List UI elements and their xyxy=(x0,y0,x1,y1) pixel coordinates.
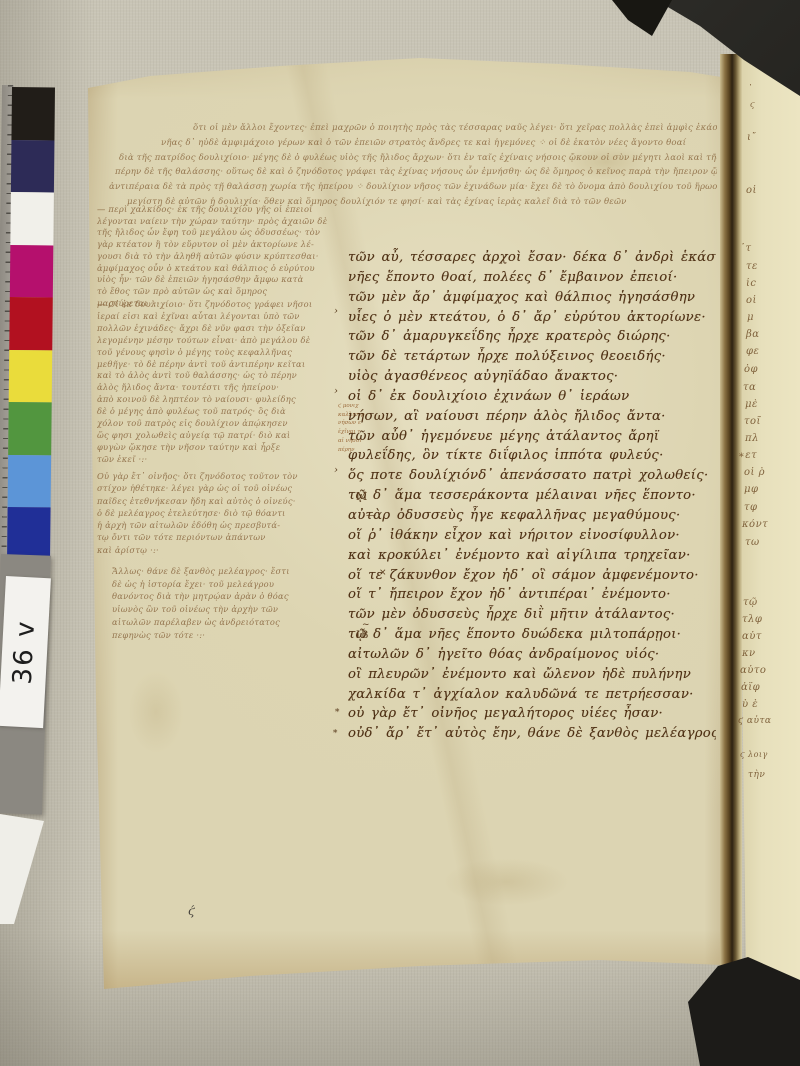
recto-fragment: τε xyxy=(746,261,758,272)
recto-fragment: πλ xyxy=(745,433,759,444)
recto-fragment: ι῎ xyxy=(747,132,757,143)
scholia-line: μεθῆγε· τὸ δὲ πέρην ἀντὶ τοῦ ἀντιπέρην κ… xyxy=(97,359,351,371)
main-text-column: τῶν αὖ, τέσσαρες ἀρχοὶ ἔσαν· δέκα δ᾽ ἀνδ… xyxy=(348,248,716,748)
verse-line: τῶν μὲν ὀδυσσεὺς ἦρχε διῒ μῆτιν ἀτάλαντο… xyxy=(348,605,716,625)
scholia-line: στίχον ἠθέτηκε· λέγει γὰρ ὡς οἱ τοῦ οἰνέ… xyxy=(97,482,349,494)
swatch-magenta xyxy=(10,244,54,297)
verse-line: υἱὸς ἀγασθένεος αὐγηϊάδαο ἄνακτος· xyxy=(348,367,716,387)
scholia-line: ὁ δὲ μελέαγρος ἐτελεύτησε· διὸ τῷ θόαντι xyxy=(97,507,349,519)
verse-line: χαλκίδα τ᾽ ἀγχίαλον καλυδῶνά τε πετρήεσσ… xyxy=(348,685,716,705)
scholia-line: ἱεραί εἰσι καὶ ἐχῖναι αὗται λέγονται ὑπὸ… xyxy=(97,311,351,323)
recto-fragment: τὴν xyxy=(748,770,765,780)
scholia-line: παῖδες ἐτεθνήκεσαν ἤδη καὶ αὐτὸς ὁ οἰνεύ… xyxy=(97,495,349,507)
scholia-line: γὰρ κτέατον ἢ τὸν εὔρυτον οἱ μὲν ἀκτορίω… xyxy=(97,239,349,251)
scholia-line: πέρην δὲ τῆς θαλάσσης· οὕτως δὲ καὶ ὁ ζη… xyxy=(115,165,717,180)
scholia-line: τὸ ἔθος τῶν πρὸ αὐτῶν ὡς καὶ ὅμηρος xyxy=(97,286,349,298)
recto-fragment: αὐτο xyxy=(740,665,766,676)
verse-line: τῶν μὲν ἄρ᾽ ἀμφίμαχος καὶ θάλπιος ἡγησάσ… xyxy=(348,288,716,308)
recto-fragment: τα xyxy=(743,382,756,393)
chi-mark: × xyxy=(379,568,387,578)
recto-fragment: τω xyxy=(745,537,760,548)
scholia-line: λέγονται ναίειν τὴν χώραν ταύτην· πρὸς ἀ… xyxy=(97,216,349,228)
scholia-line: ὅτι οἱ μὲν ἄλλοι ἔχοντες· ἐπεὶ μαχρῶν ὁ … xyxy=(193,121,717,136)
swatch-red xyxy=(9,297,53,350)
recto-fragment: τφ xyxy=(744,502,758,513)
verse-line: αὐτὰρ ὀδυσσεὺς ἦγε κεφαλλῆνας μεγαθύμους… xyxy=(348,506,716,526)
scholia-line: πολλῶν ἐχινάδες· ἄχρι δὲ νῦν φασι τὴν ὀξ… xyxy=(97,323,351,335)
recto-fragment: ᾿τ xyxy=(740,243,752,254)
scholia-line: νῆας δ᾽ ηὐδὲ ἀμφιμάχοιο γέρων καὶ ὁ τῶν … xyxy=(161,136,717,151)
verse-line: οὐ γὰρ ἔτ᾽ οἰνῆος μεγαλήτορος υἱέες ἦσαν… xyxy=(348,704,716,724)
scholia-line: δὲ ὡς ἡ ἱστορία ἔχει· τοῦ μελεάγρου xyxy=(112,578,350,591)
swatch-blue xyxy=(7,507,51,560)
swatch-black xyxy=(11,87,55,140)
folio-number: 36 v xyxy=(8,619,41,685)
scholia-line: τῆς ἤλιδος ὧν ἔφη τοῦ μεγάλου ὡς ὀδυσσέω… xyxy=(97,227,349,239)
quire-signature: ϛ́ xyxy=(188,904,195,918)
scholia-line: ἡ ἀρχὴ τῶν αἰτωλῶν ἐδόθη ὡς πρεσβυτά- xyxy=(97,519,349,531)
recto-fragment: φε xyxy=(746,346,759,357)
verse-line: νήσων, αἳ ναίουσι πέρην ἁλὸς ἤλιδος ἄντα… xyxy=(348,407,716,427)
scholia-line: τῳ ὄντι τῶν τότε περιόντων ἁπάντων xyxy=(97,531,349,543)
swatch-light-blue xyxy=(8,454,52,507)
scholia-line: υἱωνὸς ὢν τοῦ οἰνέως τὴν ἀρχὴν τῶν xyxy=(112,603,350,616)
recto-fragment: κν xyxy=(742,648,756,659)
verse-line: καὶ κροκύλει᾽ ἐνέμοντο καὶ αἰγίλιπα τρηχ… xyxy=(348,546,716,566)
recto-fragment: τλφ xyxy=(742,614,762,625)
scholia-line: ἁλὸς ἤλιδος ἄντα· τουτέστι τῆς ἠπείρου· xyxy=(97,382,351,394)
scholia-line: Ἄλλως· θάνε δὲ ξανθὸς μελέαγρος· ἔστι xyxy=(112,565,350,578)
scholia-line: γουσι διὰ τὸ τὴν ἀληθῆ αὐτῶν φύσιν κρύπτ… xyxy=(97,251,349,263)
verse-line: οἵ ῥ᾽ ἰθάκην εἶχον καὶ νήριτον εἰνοσίφυλ… xyxy=(348,526,716,546)
left-scholia-block-2: — Οἱ ἐκ δουλιχίοιο· ὅτι ζηνόδοτος γράφει… xyxy=(97,299,351,466)
recto-fragment: ὑ ἑ xyxy=(742,699,758,710)
recto-fragment: μ xyxy=(747,312,754,323)
scholia-line: — Οἱ ἐκ δουλιχίοιο· ὅτι ζηνόδοτος γράφει… xyxy=(97,299,351,311)
recto-fragment: ὀφ xyxy=(744,364,758,375)
scholia-line: χόλον τοῦ πατρὸς εἰς δουλίχιον ἀπῴκησεν xyxy=(97,418,351,430)
scholia-line: καὶ τὸ ἁλὸς ἀντὶ τοῦ θαλάσσης· ὡς τὸ πέρ… xyxy=(97,370,351,382)
recto-fragment: ∗ετ xyxy=(738,450,757,461)
scholia-line: δὲ ὁ μέγης ἀπὸ φυλέως τοῦ πατρός· ὃς διὰ xyxy=(97,406,351,418)
verse-line: οἵ τε ζάκυνθον ἔχον ἠδ᾽ οἳ σάμον ἀμφενέμ… xyxy=(348,566,716,586)
left-scholia-block-4: Ἄλλως· θάνε δὲ ξανθὸς μελέαγρος· ἔστι δὲ… xyxy=(112,565,350,641)
verse-line: οὐδ᾽ ἄρ᾽ ἔτ᾽ αὐτὸς ἔην, θάνε δὲ ξανθὸς μ… xyxy=(348,724,716,744)
diple-mark: › xyxy=(334,465,338,476)
swatch-white xyxy=(10,192,54,245)
recto-fragment: μφ xyxy=(744,484,759,495)
ship-count-mark-40: Μ̄ xyxy=(356,490,367,503)
scholia-line: ἀπὸ κοινοῦ δὲ ληπτέον τὸ ναίουσι· φυλείδ… xyxy=(97,394,351,406)
recto-fragment: ῾ xyxy=(748,84,753,93)
verse-line: τῶν δ᾽ ἀμαρυγκεΐδης ἦρχε κρατερὸς διώρης… xyxy=(348,327,716,347)
scholia-line: λεγομένην μέσην τούτων εἶναι· ἀπὸ μεγάλο… xyxy=(97,335,351,347)
swatch-green xyxy=(8,402,52,455)
scholia-line: — περὶ χαλκίδος· ἐκ τῆς δουλιχίου γῆς οἱ… xyxy=(97,204,349,216)
scholia-line: διὰ τῆς πατρίδος δουλιχίοιο· μέγης δὲ ὁ … xyxy=(119,151,717,166)
verse-line: τῶν δὲ τετάρτων ἦρχε πολύξεινος θεοειδής… xyxy=(348,347,716,367)
verse-line: φυλεΐδης, ὃν τίκτε διΐφιλος ἱππότα φυλεύ… xyxy=(348,446,716,466)
scholia-line: καὶ ἀρίστῳ ·:· xyxy=(97,544,349,556)
scholia-line: ὥς φησι χολωθεὶς αὐγείᾳ τῷ πατρί· διὸ κα… xyxy=(97,430,351,442)
scholia-line: Οὐ γὰρ ἔτ᾽ οἰνῆος· ὅτι ζηνόδοτος τοῦτον … xyxy=(97,470,349,482)
verse-line: οἳ πλευρῶν᾽ ἐνέμοντο καὶ ὤλενον ἠδὲ πυλή… xyxy=(348,665,716,685)
tilde-mark: ~ xyxy=(362,620,370,630)
folio-label: 36 v xyxy=(0,576,51,728)
verse-line: οἱ δ᾽ ἐκ δουλιχίοιο ἐχινάων θ᾽ ἱεράων xyxy=(348,387,716,407)
verse-line: υἷες ὁ μὲν κτεάτου, ὁ δ᾽ ἄρ᾽ εὐρύτου ἀκτ… xyxy=(348,308,716,328)
left-scholia-block-1: — περὶ χαλκίδος· ἐκ τῆς δουλιχίου γῆς οἱ… xyxy=(97,204,349,309)
scholia-line: ἀντιπέραια δὲ τὰ πρὸς τῇ θαλάσσῃ χωρία τ… xyxy=(109,180,717,195)
asterisk-mark: ∗ xyxy=(334,706,340,716)
recto-fragment: οἱ ῥ xyxy=(744,467,765,478)
recto-fragment: ϛ xyxy=(750,100,755,109)
recto-fragment: ἀϊφ xyxy=(741,682,760,693)
recto-fragment: κόντ xyxy=(742,519,768,530)
verse-line: αἰτωλῶν δ᾽ ἡγεῖτο θόας ἀνδραίμονος υἱός· xyxy=(348,645,716,665)
recto-fragment: ϛ λοιγ xyxy=(740,750,768,759)
dash-mark: — xyxy=(366,510,376,521)
recto-fragment: τοῖ xyxy=(744,416,761,427)
swatch-yellow xyxy=(9,349,53,402)
recto-fragment: μὲ xyxy=(745,399,758,410)
left-scholia-block-3: Οὐ γὰρ ἔτ᾽ οἰνῆος· ὅτι ζηνόδοτος τοῦτον … xyxy=(97,470,349,556)
recto-fragment: οἱ xyxy=(746,185,757,196)
scholia-line: φυγὼν ᾤκησε τὴν νῆσον ταύτην καὶ ἦρξε xyxy=(97,442,351,454)
scholia-line: υἱὸς ἦν· τῶν δὲ ἐπειῶν ἡγησάσθην ἄμφω κα… xyxy=(97,274,349,286)
scholia-line: πεφηνὼς τῶν τότε ·:· xyxy=(112,629,350,642)
verse-line: τῷ δ᾽ ἅμα νῆες ἕποντο δυώδεκα μιλτοπάρῃο… xyxy=(348,625,716,645)
recto-fragment: οἱ xyxy=(746,295,757,306)
recto-fragment: τῷ xyxy=(743,597,758,608)
ship-count-mark-12: ΙΒ xyxy=(356,630,369,641)
diple-mark: › xyxy=(334,386,338,397)
scholia-line: αἰτωλῶν παρέλαβεν ὡς ἀνδρειότατος xyxy=(112,616,350,629)
scholia-line: τοῦ γένους φησὶν ὁ μέγης τοὺς κεφαλλῆνας xyxy=(97,347,351,359)
verse-line: οἵ τ᾽ ἤπειρον ἔχον ἠδ᾽ ἀντιπέραι᾽ ἐνέμον… xyxy=(348,585,716,605)
top-margin-scholia: ὅτι οἱ μὲν ἄλλοι ἔχοντες· ἐπεὶ μαχρῶν ὁ … xyxy=(93,121,717,213)
verse-line: τῷ δ᾽ ἅμα τεσσεράκοντα μέλαιναι νῆες ἕπο… xyxy=(348,486,716,506)
color-calibration-bar xyxy=(7,87,55,560)
dot-mark: · xyxy=(363,648,366,659)
diple-mark: › xyxy=(334,306,338,317)
scholia-line: ἀμφίμαχος οὖν ὁ κτεάτου καὶ θάλπιος ὁ εὐ… xyxy=(97,263,349,275)
recto-fragment: ἰϲ xyxy=(746,278,757,289)
verse-line: τῶν αὖ, τέσσαρες ἀρχοὶ ἔσαν· δέκα δ᾽ ἀνδ… xyxy=(348,248,716,268)
verse-line: ὅς ποτε δουλίχιόνδ᾽ ἀπενάσσατο πατρὶ χολ… xyxy=(348,466,716,486)
recto-fragment: αὐτ xyxy=(742,631,762,642)
verse-line: νῆες ἕποντο θοαί, πολέες δ᾽ ἔμβαινον ἐπε… xyxy=(348,268,716,288)
verse-line: τῶν αὖθ᾽ ἡγεμόνευε μέγης ἀτάλαντος ἄρηϊ xyxy=(348,427,716,447)
scholia-line: τῶν ἐκεῖ ·:· xyxy=(97,454,351,466)
recto-fragment: ϛ αὐτα xyxy=(738,716,772,726)
book-gutter xyxy=(720,54,742,990)
swatch-navy xyxy=(11,139,55,192)
recto-fragment: βα xyxy=(746,329,760,340)
scholia-line: θανόντος διὰ τὴν μητρῴαν ἀρὰν ὁ θόας xyxy=(112,590,350,603)
asterisk-mark: ∗ xyxy=(332,727,338,737)
